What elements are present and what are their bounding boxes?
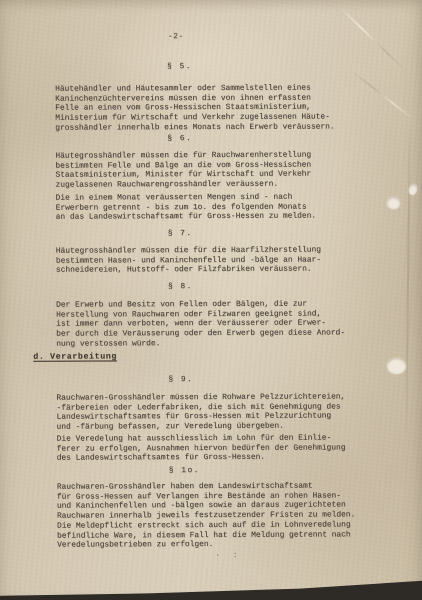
section-7-heading: § 7. [168,229,193,239]
section-9-paragraph-1: Rauchwaren-Grosshändler müssen die Rohwa… [56,392,376,432]
typewritten-text-layer: -2- § 5. Häutehändler und Häutesammler o… [0,0,422,600]
subsection-heading-verarbeitung: d. Verarbeitung [33,352,117,362]
paper-sheet: -2- § 5. Häutehändler und Häutesammler o… [0,0,422,600]
section-7-paragraph: Häutegrosshändler müssen die für die Haa… [56,245,376,276]
page-number: -2- [168,32,184,42]
section-10-paragraph: Rauchwaren-Grosshändler haben dem Landes… [57,481,377,550]
section-9-paragraph-2: Die Veredelung hat ausschliesslich im Lo… [57,433,377,464]
section-8-heading: § 8. [168,282,193,292]
section-6-heading: § 6. [167,134,192,144]
scanned-document: { "palette": { "paper": "#d3c7b1", "ink"… [0,0,422,600]
section-5-heading: § 5. [167,62,192,72]
section-6-paragraph-1: Häutegrosshändler müssen die für Rauchwa… [55,150,375,190]
punch-hole-bottom [387,358,406,374]
section-5-paragraph: Häutehändler und Häutesammler oder Samme… [55,83,375,133]
section-6-paragraph-2: Die in einem Monat veräusserten Mengen s… [56,192,376,223]
stray-ink-marks: · : [215,551,241,561]
section-10-heading: § 1o. [169,466,200,476]
punch-hole-top [387,197,400,209]
section-9-heading: § 9. [168,375,193,385]
section-8-paragraph: Der Erwerb und Besitz von Fellen oder Bä… [56,299,376,349]
